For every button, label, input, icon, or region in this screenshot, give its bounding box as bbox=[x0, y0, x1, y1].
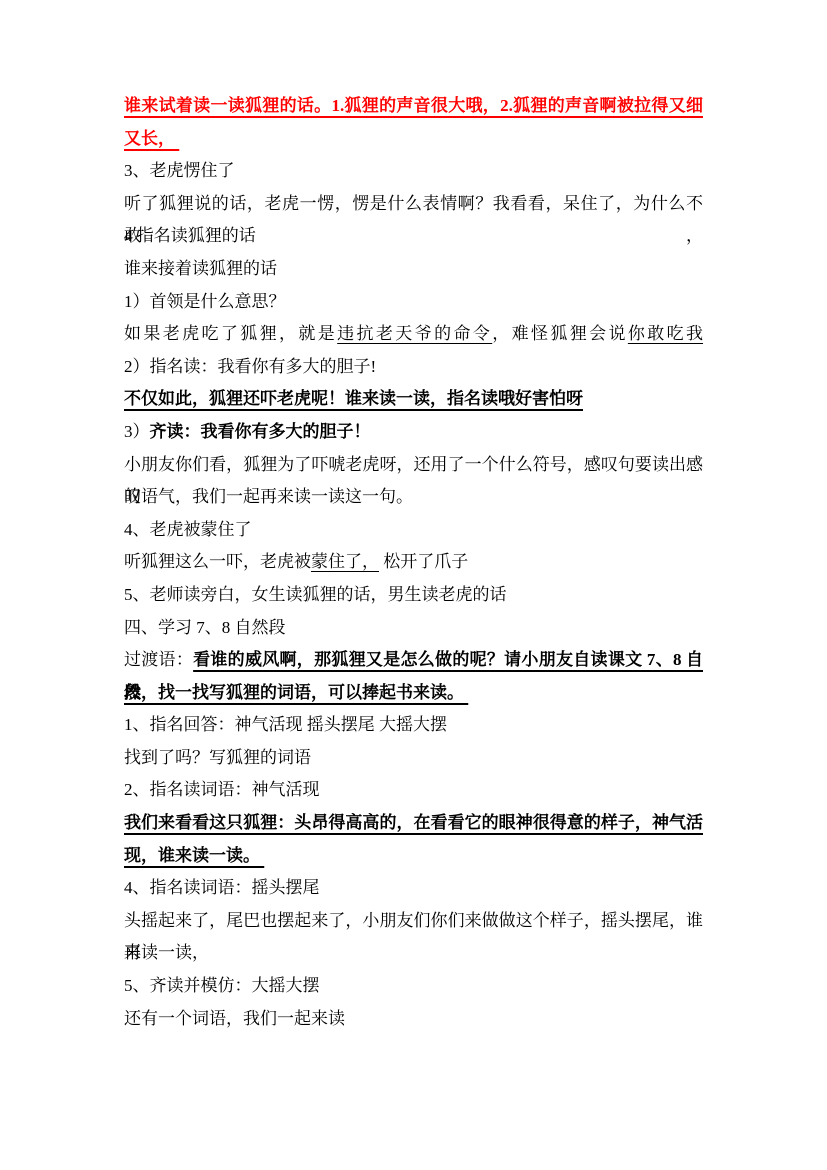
text-line: 来读一读， bbox=[124, 937, 703, 970]
text-line: 听了狐狸说的话，老虎一愣，愣是什么表情啊？我看看，呆住了，为什么不敢， bbox=[124, 188, 703, 221]
text-line: 听狐狸这么一吓，老虎被蒙住了， 松开了爪子 bbox=[124, 546, 703, 579]
text-line: 1）首领是什么意思？ bbox=[124, 286, 703, 319]
document-page: 谁来试着读一读狐狸的话。1.狐狸的声音很大哦，2.狐狸的声音啊被拉得又细又长， … bbox=[0, 0, 827, 1170]
text-line: 我们来看看这只狐狸：头昂得高高的，在看看它的眼神很得意的样子，神气活 bbox=[124, 807, 703, 840]
text-segment: 3、老虎愣住了 bbox=[124, 161, 235, 180]
text-segment: 谁来试着读一读狐狸的话。1.狐狸的声音很大哦，2.狐狸的声音啊被拉得又细 bbox=[124, 96, 703, 115]
text-segment: 又长， bbox=[124, 129, 179, 148]
text-segment: 不仅如此，狐狸还吓老虎呢！谁来读一读，指名读哦好害怕呀 bbox=[124, 389, 583, 408]
text-line: 过渡语：看谁的威风啊，那狐狸又是怎么做的呢？请小朋友自读课文 7、8 自然 bbox=[124, 644, 703, 677]
document-body: 谁来试着读一读狐狸的话。1.狐狸的声音很大哦，2.狐狸的声音啊被拉得又细又长， … bbox=[124, 90, 703, 1035]
text-segment: 松开了爪子 bbox=[379, 552, 468, 571]
text-line: 头摇起来了，尾巴也摆起来了，小朋友们你们来做做这个样子，摇头摆尾，谁再 bbox=[124, 905, 703, 938]
text-segment: 4、老虎被蒙住了 bbox=[124, 520, 252, 539]
text-segment: 四、学习 7、8 自然段 bbox=[124, 618, 286, 637]
text-line: 还有一个词语，我们一起来读 bbox=[124, 1003, 703, 1036]
text-segment: ，难怪狐狸会说 bbox=[492, 324, 628, 343]
text-segment: 蒙住了， bbox=[311, 552, 379, 571]
text-segment: 如果老虎吃了狐狸，就是 bbox=[124, 324, 337, 343]
text-line: 四、学习 7、8 自然段 bbox=[124, 612, 703, 645]
text-segment: 违抗老天爷的命令 bbox=[337, 324, 492, 343]
text-segment: 5、老师读旁白，女生读狐狸的话，男生读老虎的话 bbox=[124, 585, 507, 604]
text-segment: 过渡语： bbox=[124, 650, 193, 669]
text-line: 又长， bbox=[124, 123, 703, 156]
text-line: 4、指名读词语：摇头摆尾 bbox=[124, 872, 703, 905]
text-line: 现，谁来读一读。 bbox=[124, 840, 703, 873]
text-segment: 4、指名读词语：摇头摆尾 bbox=[124, 878, 320, 897]
text-line: 2、指名读词语：神气活现 bbox=[124, 774, 703, 807]
text-segment: 2、指名读词语：神气活现 bbox=[124, 780, 320, 799]
text-line: 的语气，我们一起再来读一读这一句。 bbox=[124, 481, 703, 514]
text-segment: 现，谁来读一读。 bbox=[124, 846, 264, 865]
text-line: 4、老虎被蒙住了 bbox=[124, 514, 703, 547]
text-segment: 5、齐读并模仿：大摇大摆 bbox=[124, 976, 320, 995]
text-segment: 1）首领是什么意思？ bbox=[124, 292, 286, 311]
text-line: 谁来试着读一读狐狸的话。1.狐狸的声音很大哦，2.狐狸的声音啊被拉得又细 bbox=[124, 90, 703, 123]
text-line: 段，找一找写狐狸的词语，可以捧起书来读。 bbox=[124, 677, 703, 710]
text-segment: 谁来接着读狐狸的话 bbox=[124, 259, 277, 278]
text-line: 3、老虎愣住了 bbox=[124, 155, 703, 188]
text-line: 谁来接着读狐狸的话 bbox=[124, 253, 703, 286]
text-segment: 听狐狸这么一吓，老虎被 bbox=[124, 552, 311, 571]
text-segment: 我们来看看这只狐狸：头昂得高高的，在看看它的眼神很得意的样子，神气活 bbox=[124, 813, 703, 832]
text-segment: 4 指名读狐狸的话 bbox=[124, 226, 256, 245]
text-segment: 2）指名读：我看你有多大的胆子! bbox=[124, 357, 376, 376]
text-segment: 段，找一找写狐狸的词语，可以捧起书来读。 bbox=[124, 683, 468, 702]
text-segment: 的语气，我们一起再来读一读这一句。 bbox=[124, 487, 413, 506]
text-line: 如果老虎吃了狐狸，就是违抗老天爷的命令，难怪狐狸会说你敢吃我 bbox=[124, 318, 703, 351]
text-line: 5、齐读并模仿：大摇大摆 bbox=[124, 970, 703, 1003]
text-segment: 齐读：我看你有多大的胆子！ bbox=[150, 422, 371, 441]
text-line: 小朋友你们看，狐狸为了吓唬老虎呀，还用了一个什么符号，感叹句要读出感叹 bbox=[124, 449, 703, 482]
text-line: 找到了吗？写狐狸的词语 bbox=[124, 742, 703, 775]
text-line: 3）齐读：我看你有多大的胆子！ bbox=[124, 416, 703, 449]
text-segment: 你敢吃我 bbox=[628, 324, 703, 343]
text-segment: 还有一个词语，我们一起来读 bbox=[124, 1009, 345, 1028]
text-line: 2）指名读：我看你有多大的胆子! bbox=[124, 351, 703, 384]
text-segment: 来读一读， bbox=[124, 943, 209, 962]
text-line: 5、老师读旁白，女生读狐狸的话，男生读老虎的话 bbox=[124, 579, 703, 612]
text-segment: 3） bbox=[124, 422, 150, 441]
text-line: 1、指名回答：神气活现 摇头摆尾 大摇大摆 bbox=[124, 709, 703, 742]
text-segment: 1、指名回答：神气活现 摇头摆尾 大摇大摆 bbox=[124, 715, 447, 734]
text-line: 不仅如此，狐狸还吓老虎呢！谁来读一读，指名读哦好害怕呀 bbox=[124, 383, 703, 416]
text-segment: 找到了吗？写狐狸的词语 bbox=[124, 748, 311, 767]
